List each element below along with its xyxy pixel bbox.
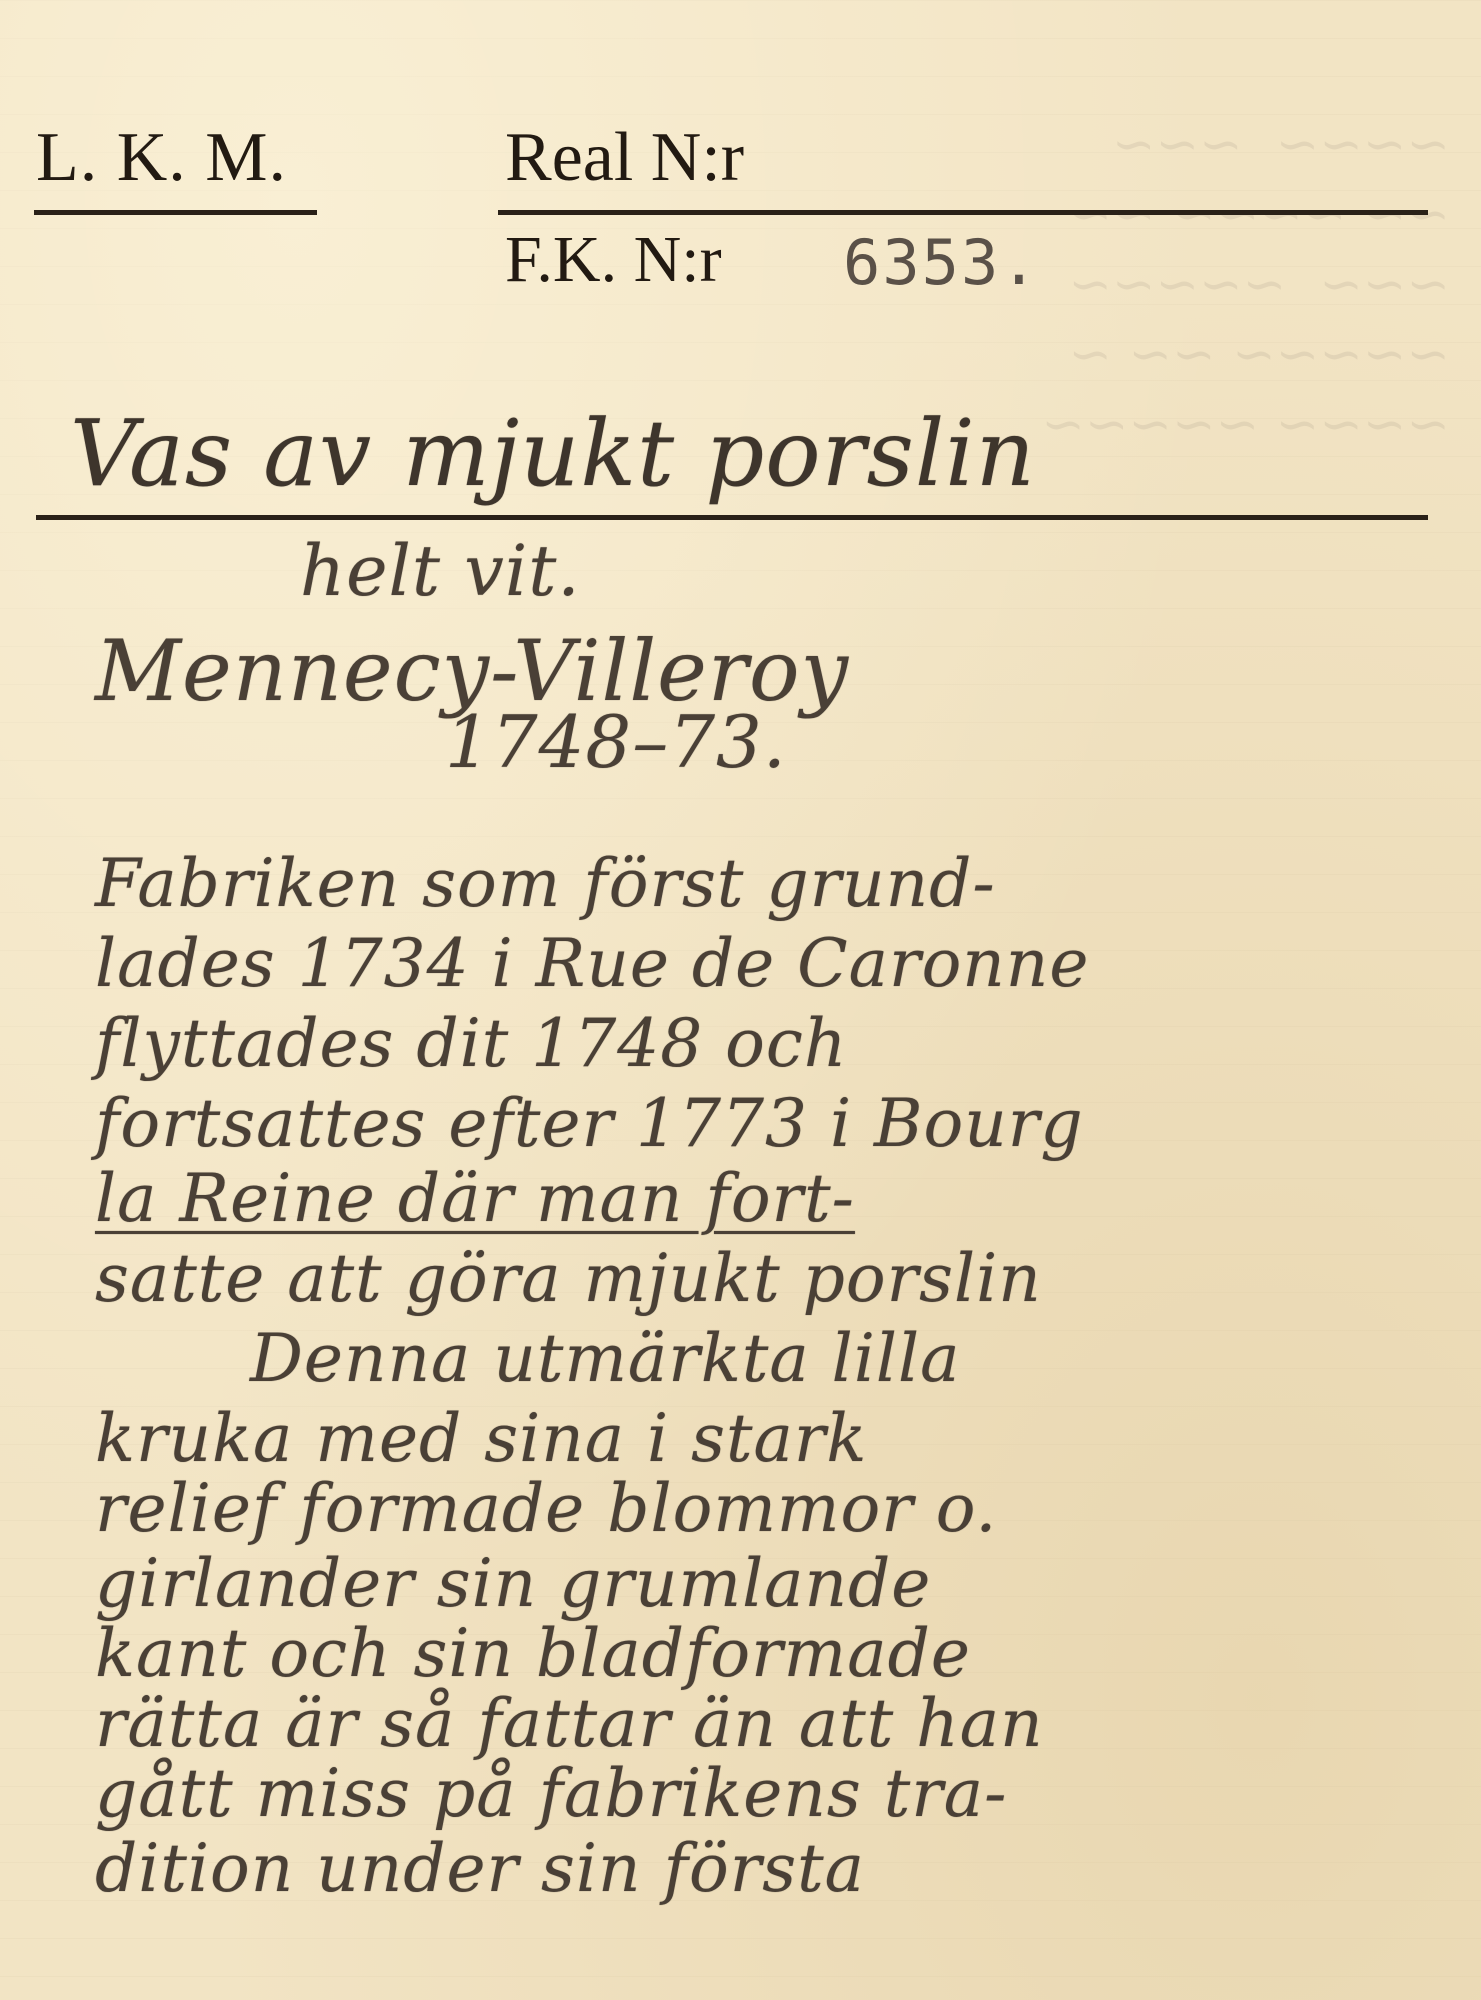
body-line: kant och sin bladformade [95,1615,971,1692]
object-title: Vas av mjukt porslin [70,400,1036,507]
show-through-text: ~~~~ ~~~ ~~ ~~~~ ~~ ~~~ ~~~~~ ~~~~~ ~~ ~… [1050,110,1450,670]
collection-rule [34,210,317,215]
manufacture-dates: 1748–73. [445,700,787,784]
collection-label: L. K. M. [36,118,287,198]
body-line: flyttades dit 1748 och [95,1005,847,1082]
body-line: girlander sin grumlande [95,1545,931,1622]
fk-number-value: 6353. [843,226,1040,299]
real-number-rule [498,210,1428,215]
fk-number-label: F.K. N:r [505,222,722,298]
title-rule [36,515,1428,520]
body-line: gått miss på fabrikens tra- [95,1755,1007,1832]
body-line: la Reine där man fort- [95,1160,855,1237]
body-line: Fabriken som först grund- [95,845,996,922]
body-line: dition under sin första [95,1830,865,1907]
body-line: fortsattes efter 1773 i Bourg [95,1085,1084,1162]
body-line: satte att göra mjukt porslin [95,1240,1042,1317]
body-line: lades 1734 i Rue de Caronne [95,925,1089,1002]
body-line: relief formade blommor o. [95,1470,997,1547]
real-number-label: Real N:r [505,118,744,198]
body-line: kruka med sina i stark [95,1400,867,1477]
body-line: Denna utmärkta lilla [250,1320,960,1397]
catalog-card: ~~~~ ~~~ ~~ ~~~~ ~~ ~~~ ~~~~~ ~~~~~ ~~ ~… [0,0,1481,2000]
body-line: rätta är så fattar än att han [95,1685,1044,1762]
object-description: helt vit. [300,530,581,612]
